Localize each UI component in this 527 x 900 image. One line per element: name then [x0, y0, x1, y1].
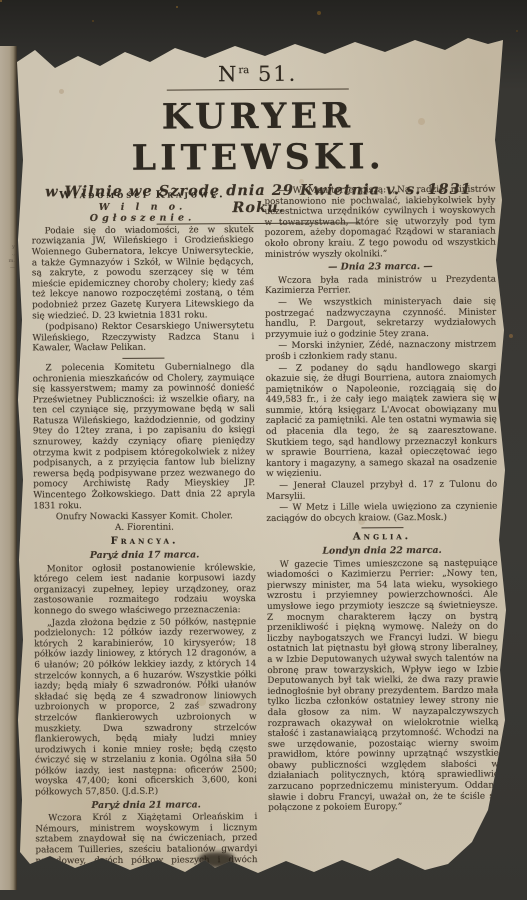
adjacent-page-text-fragment: y ., m. — — [1, 244, 15, 272]
section-header-francya: Francya. — [34, 536, 256, 548]
article-paragraph: „Jazda złożona będzie z 50 półków, nastę… — [34, 617, 257, 798]
article-paragraph: Z polecenia Komitetu Gubernialnego dla o… — [32, 362, 255, 512]
issue-superscript: ra — [238, 65, 249, 76]
page-content: Nra 51. KURYER LITEWSKI. w Wilnie we Szr… — [0, 0, 527, 900]
masthead-rule-top — [167, 88, 349, 90]
article-paragraph: — W Monitorze piszą: „Na radzie ministró… — [264, 185, 495, 261]
subheader-ogloszenie: Ogłoszenie. — [32, 213, 254, 225]
article-paragraph: W gazecie Times umieszczone są następuią… — [267, 558, 500, 814]
dateline-paris-17: Paryż dnia 17 marca. — [34, 550, 256, 562]
issue-prefix: N — [218, 62, 239, 86]
article-paragraph: — Jenerał Clauzel przybył d. 17 z Tulonu… — [266, 480, 497, 503]
scan-background: y ., m. — Nra 51. KURYER LITEWSKI. w Wil… — [0, 0, 527, 900]
article-paragraph: Wczora Król z Xiążętami Orleańskim i Ném… — [35, 812, 257, 877]
dateline-23-marca: — Dnia 23 marca. — — [265, 262, 496, 274]
place-header-wilno: W i l n o. — [31, 202, 253, 214]
ink-smudge — [198, 852, 234, 868]
signature-line: A. Fiorentini. — [33, 522, 255, 534]
article-paragraph: — W Metz i Lille wiela uwięziono za czyn… — [266, 502, 497, 525]
section-header-wiadomosci-krajowe: Wiadomości Krajowe. — [31, 190, 253, 202]
issue-number: Nra 51. — [28, 61, 488, 88]
article-paragraph: — Z podaney do sądu handlowego skargi ok… — [265, 362, 497, 480]
dateline-paris-21: Paryż dnia 21 marca. — [35, 800, 257, 812]
adjacent-page-strip: y ., m. — — [0, 46, 17, 890]
article-paragraph: Podaie się do wiadomości, że w skutek ro… — [32, 225, 255, 322]
article-paragraph: (podpisano) Rektor Cesarskiego Uniwersyt… — [32, 321, 254, 354]
issue-digits: 51. — [258, 62, 298, 86]
dateline-london-22: Londyn dnia 22 marca. — [267, 546, 498, 558]
left-column: Wiadomości Krajowe. W i l n o. Ogłoszeni… — [31, 186, 257, 878]
newspaper-title: KURYER LITEWSKI. — [28, 95, 488, 180]
article-paragraph: — Morski inżynier, Zédé, naznaczony mist… — [265, 340, 496, 363]
right-column: — W Monitorze piszą: „Na radzie ministró… — [264, 185, 499, 815]
article-paragraph: — We wszystkich ministeryach daie się po… — [265, 297, 496, 341]
separator-rule — [361, 528, 403, 529]
dust-specks — [0, 0, 2, 2]
article-paragraph: Wczora była rada ministrów u Prezydenta … — [265, 274, 496, 297]
newspaper-page: Nra 51. KURYER LITEWSKI. w Wilnie we Szr… — [0, 0, 527, 900]
separator-rule — [122, 358, 164, 359]
section-header-anglia: Anglia. — [267, 532, 498, 544]
signature-line: Onufry Nowacki Kassyer Komit. Choler. — [33, 511, 255, 523]
article-paragraph: Monitor ogłosił postanowienie królewskie… — [34, 563, 256, 617]
